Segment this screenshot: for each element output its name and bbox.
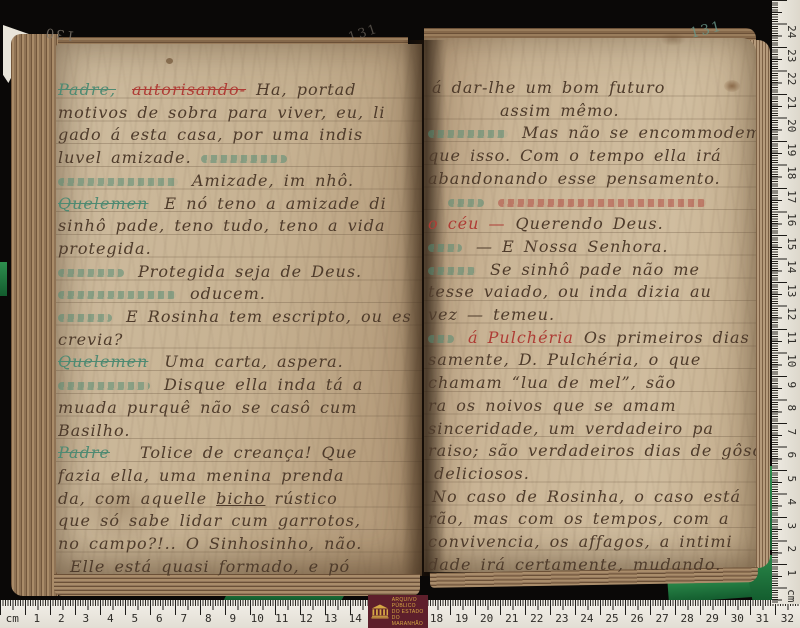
struck-scribble (58, 291, 176, 299)
manuscript-line: muada purquê não se casô cum (58, 398, 420, 420)
manuscript-line: que só sabe lidar cum garrotos, (58, 511, 420, 533)
ink-text: que só sabe lidar cum garrotos, (58, 511, 361, 530)
ruler-number: 17 (779, 187, 800, 205)
ink-text: oducem. (190, 284, 266, 303)
ink-text: da, com aquelle (58, 489, 216, 508)
manuscript-line: Mas não se encommodem (428, 123, 756, 145)
ink-text: Tolice de creança! Que (140, 443, 357, 462)
manuscript-line: QuelemenE nó teno a amizade di (58, 194, 420, 216)
manuscript-line: chamam “lua de mel”, são (428, 373, 756, 395)
ruler-number: 7 (779, 423, 800, 441)
struck-scribble (58, 178, 178, 186)
manuscript-line: Elle está quasi formado, e pó (58, 557, 420, 579)
manuscript-line: protegida. (58, 239, 420, 261)
manuscript-line: sinceridade, um verdadeiro pa (428, 419, 756, 441)
ink-text: deliciosos. (434, 464, 530, 483)
speaker-name: Padre, (58, 80, 116, 99)
speaker-name: Quelemen (58, 194, 148, 213)
ruler-number: 7 (172, 612, 197, 628)
manuscript-line: Amizade, im nhô. (58, 171, 420, 193)
ruler-number: 2 (779, 540, 800, 558)
ruler-number: 13 (319, 612, 344, 628)
ruler-number: 11 (779, 328, 800, 346)
ink-text: convivencia, os affagos, a intimi (428, 532, 733, 551)
manuscript-line: PadreTolice de creança! Que (58, 443, 420, 465)
struck-scribble (428, 267, 476, 275)
manuscript-line: que isso. Com o tempo ella irá (428, 146, 756, 168)
ruler-number: 6 (147, 612, 172, 628)
red-ink-speaker: á Pulchéria (468, 328, 574, 347)
ink-text: Ha, portad (256, 80, 356, 99)
manuscript-line: raiso; são verdadeiros dias de gôso; (428, 441, 756, 463)
manuscript-line: tesse vaiado, ou inda dizia au (428, 282, 756, 304)
ruler-number: 20 (474, 612, 499, 628)
ruler-number: 10 (245, 612, 270, 628)
manuscript-line: ra os noivos que se amam (428, 396, 756, 418)
ruler-number: 5 (123, 612, 148, 628)
ink-text: Disque ella inda tá a (164, 375, 363, 394)
ink-text: Mas não se encommodem (522, 123, 756, 142)
ink-text: assim mêmo. (500, 101, 620, 120)
vertical-ruler: 242322212019181716151413121110987654321c… (772, 0, 800, 604)
ruler-number: 32 (775, 612, 800, 628)
ruler-number: 24 (779, 23, 800, 41)
ink-text: fazia ella, uma menina prenda (58, 466, 345, 485)
ruler-number: 21 (499, 612, 524, 628)
ruler-number: 19 (449, 612, 474, 628)
archive-logo: ARQUIVO PÚBLICO DO ESTADO DO MARANHÃO (368, 595, 428, 628)
manuscript-line: rão, mas com os tempos, com a (428, 509, 756, 531)
ink-text: E Rosinha tem escripto, ou es (126, 307, 412, 326)
ink-text: Elle está quasi formado, e pó (70, 557, 350, 576)
ruler-number: 1 (25, 612, 50, 628)
ruler-number: 15 (779, 234, 800, 252)
speaker-name: Quelemen (58, 352, 148, 371)
manuscript-line: samente, D. Pulchéria, o que (428, 350, 756, 372)
ruler-number: 23 (779, 46, 800, 64)
ruler-number: 31 (750, 612, 775, 628)
ink-text: raiso; são verdadeiros dias de gôso; (428, 441, 756, 460)
manuscript-line: convivencia, os affagos, a intimi (428, 532, 756, 554)
ruler-number: 23 (549, 612, 574, 628)
ink-text: Se sinhô pade não me (490, 260, 700, 279)
ruler-numbers-left: cm123456789101112131415 (0, 612, 392, 628)
ruler-number: 2 (49, 612, 74, 628)
ruler-number: 1 (779, 564, 800, 582)
ink-text: ra os noivos que se amam (428, 396, 677, 415)
red-ink-text: autorisando- (132, 80, 246, 99)
ruler-number: 16 (779, 211, 800, 229)
manuscript-line: Padre,autorisando-Ha, portad (58, 80, 420, 102)
ruler-number: cm (0, 612, 25, 628)
ink-text: Amizade, im nhô. (192, 171, 354, 190)
manuscript-line: á PulchériaOs primeiros dias (428, 328, 756, 350)
manuscript-line: Disque ella inda tá a (58, 375, 420, 397)
ink-text: que isso. Com o tempo ella irá (428, 146, 722, 165)
ink-text: protegida. (58, 239, 152, 258)
manuscript-line (428, 192, 756, 214)
ruler-number: 27 (650, 612, 675, 628)
ruler-number: 12 (779, 305, 800, 323)
ruler-number: 4 (98, 612, 123, 628)
ink-text: Os primeiros dias (584, 328, 750, 347)
ruler-number: 24 (574, 612, 599, 628)
manuscript-line: da, com aquelle bicho rústico (58, 489, 420, 511)
struck-scribble (58, 382, 150, 390)
ink-text: crevia? (58, 330, 123, 349)
manuscript-line: á dar-lhe um bom futuro (428, 78, 756, 100)
manuscript-line: fazia ella, uma menina prenda (58, 466, 420, 488)
ink-text: vez — temeu. (428, 305, 555, 324)
manuscript-line: assim mêmo. (428, 101, 756, 123)
ruler-number: 4 (779, 493, 800, 511)
right-page-text: á dar-lhe um bom futuro assim mêmo. Mas … (428, 78, 756, 580)
ruler-number: 22 (524, 612, 549, 628)
ink-text: abandonando esse pensamento. (428, 169, 721, 188)
ruler-number: 8 (196, 612, 221, 628)
struck-scribble (58, 314, 112, 322)
logo-line: DO MARANHÃO (392, 615, 425, 627)
ink-text: rústico (265, 489, 337, 508)
ruler-number: 10 (779, 352, 800, 370)
ink-text: E nó teno a amizade di (164, 194, 386, 213)
ruler-number: 18 (779, 164, 800, 182)
ruler-numbers-right: 181920212223242526272829303132 (424, 612, 800, 628)
ruler-number: 3 (779, 517, 800, 535)
manuscript-line: No caso de Rosinha, o caso está (428, 487, 756, 509)
struck-scribble (428, 130, 508, 138)
ruler-number: 8 (779, 399, 800, 417)
ink-text: — E Nossa Senhora. (476, 237, 668, 256)
manuscript-line: sinhô pade, teno tudo, teno a vida (58, 216, 420, 238)
red-ink-text: o céu — (428, 214, 506, 233)
ink-text: sinceridade, um verdadeiro pa (428, 419, 714, 438)
ink-text: chamam “lua de mel”, são (428, 373, 676, 392)
ink-text: sinhô pade, teno tudo, teno a vida (58, 216, 386, 235)
ruler-number: 13 (779, 281, 800, 299)
ink-text: Basilho. (58, 421, 130, 440)
ink-text: gado á esta casa, por uma indis (58, 125, 363, 144)
manuscript-line: vez — temeu. (428, 305, 756, 327)
ruler-number: 3 (74, 612, 99, 628)
ink-text: á dar-lhe um bom futuro (432, 78, 665, 97)
struck-scribble (428, 244, 462, 252)
ruler-number: 9 (221, 612, 246, 628)
manuscript-line: deliciosos. (428, 464, 756, 486)
struck-scribble (428, 335, 454, 343)
ruler-number: 14 (779, 258, 800, 276)
ink-text: Protegida seja de Deus. (138, 262, 362, 281)
manuscript-line: Basilho. (58, 421, 420, 443)
ruler-number: 22 (779, 70, 800, 88)
manuscript-line: E Rosinha tem escripto, ou es (58, 307, 420, 329)
ruler-number: 11 (270, 612, 295, 628)
manuscript-line: oducem. (58, 284, 420, 306)
manuscript-line: motivos de sobra para viver, eu, li (58, 103, 420, 125)
archive-building-icon (371, 602, 389, 621)
ruler-number: 26 (625, 612, 650, 628)
ruler-numbers-vertical: 242322212019181716151413121110987654321c… (782, 20, 800, 608)
ruler-number: 30 (725, 612, 750, 628)
underlined-word: bicho (216, 489, 265, 508)
ink-text: luvel amizade. (58, 148, 192, 167)
struck-red-scribble (498, 199, 706, 207)
ink-text: samente, D. Pulchéria, o que (428, 350, 701, 369)
ruler-number: 12 (294, 612, 319, 628)
ruler-number: cm (779, 587, 800, 605)
ruler-number: 6 (779, 446, 800, 464)
ink-text: no campo?!.. O Sinhosinho, não. (58, 534, 362, 553)
ink-text: Querendo Deus. (516, 214, 664, 233)
ruler-number: 28 (675, 612, 700, 628)
manuscript-line: gado á esta casa, por uma indis (58, 125, 420, 147)
manuscript-line: no campo?!.. O Sinhosinho, não. (58, 534, 420, 556)
ink-text: muada purquê não se casô cum (58, 398, 357, 417)
ink-text: rão, mas com os tempos, com a (428, 509, 730, 528)
green-mat-fragment (0, 262, 7, 296)
struck-scribble (201, 155, 287, 163)
ruler-number: 29 (700, 612, 725, 628)
ink-text: tesse vaiado, ou inda dizia au (428, 282, 712, 301)
manuscript-line: o céu —Querendo Deus. (428, 214, 756, 236)
ruler-number: 9 (779, 375, 800, 393)
manuscript-line: luvel amizade. (58, 148, 420, 170)
manuscript-line: QuelemenUma carta, aspera. (58, 352, 420, 374)
ink-text: No caso de Rosinha, o caso está (432, 487, 741, 506)
manuscript-line: crevia? (58, 330, 420, 352)
left-page-text: Padre,autorisando-Ha, portad motivos de … (58, 80, 420, 582)
ruler-number: 14 (343, 612, 368, 628)
manuscript-line: Protegida seja de Deus. (58, 262, 420, 284)
ink-text: dade irá certamente, mudando. (428, 555, 721, 574)
struck-scribble (58, 269, 124, 277)
archive-logo-text: ARQUIVO PÚBLICO DO ESTADO DO MARANHÃO (392, 597, 425, 627)
ink-text: Uma carta, aspera. (164, 352, 343, 371)
ruler-number: 21 (779, 93, 800, 111)
paper-stain (660, 32, 686, 46)
ruler-number: 25 (599, 612, 624, 628)
manuscript-line: — E Nossa Senhora. (428, 237, 756, 259)
paper-stain (166, 58, 173, 64)
struck-scribble (448, 199, 484, 207)
manuscript-line: abandonando esse pensamento. (428, 169, 756, 191)
ruler-number: 19 (779, 140, 800, 158)
book-leaf-edges-left (11, 34, 58, 596)
ruler-number: 20 (779, 117, 800, 135)
speaker-name: Padre (58, 443, 110, 462)
ink-text: motivos de sobra para viver, eu, li (58, 103, 385, 122)
manuscript-line: dade irá certamente, mudando. (428, 555, 756, 577)
ruler-number: 5 (779, 470, 800, 488)
manuscript-line: Se sinhô pade não me (428, 260, 756, 282)
photographed-manuscript-scene: 130 131 131 Padre,autorisando-Ha, portad… (0, 0, 800, 628)
